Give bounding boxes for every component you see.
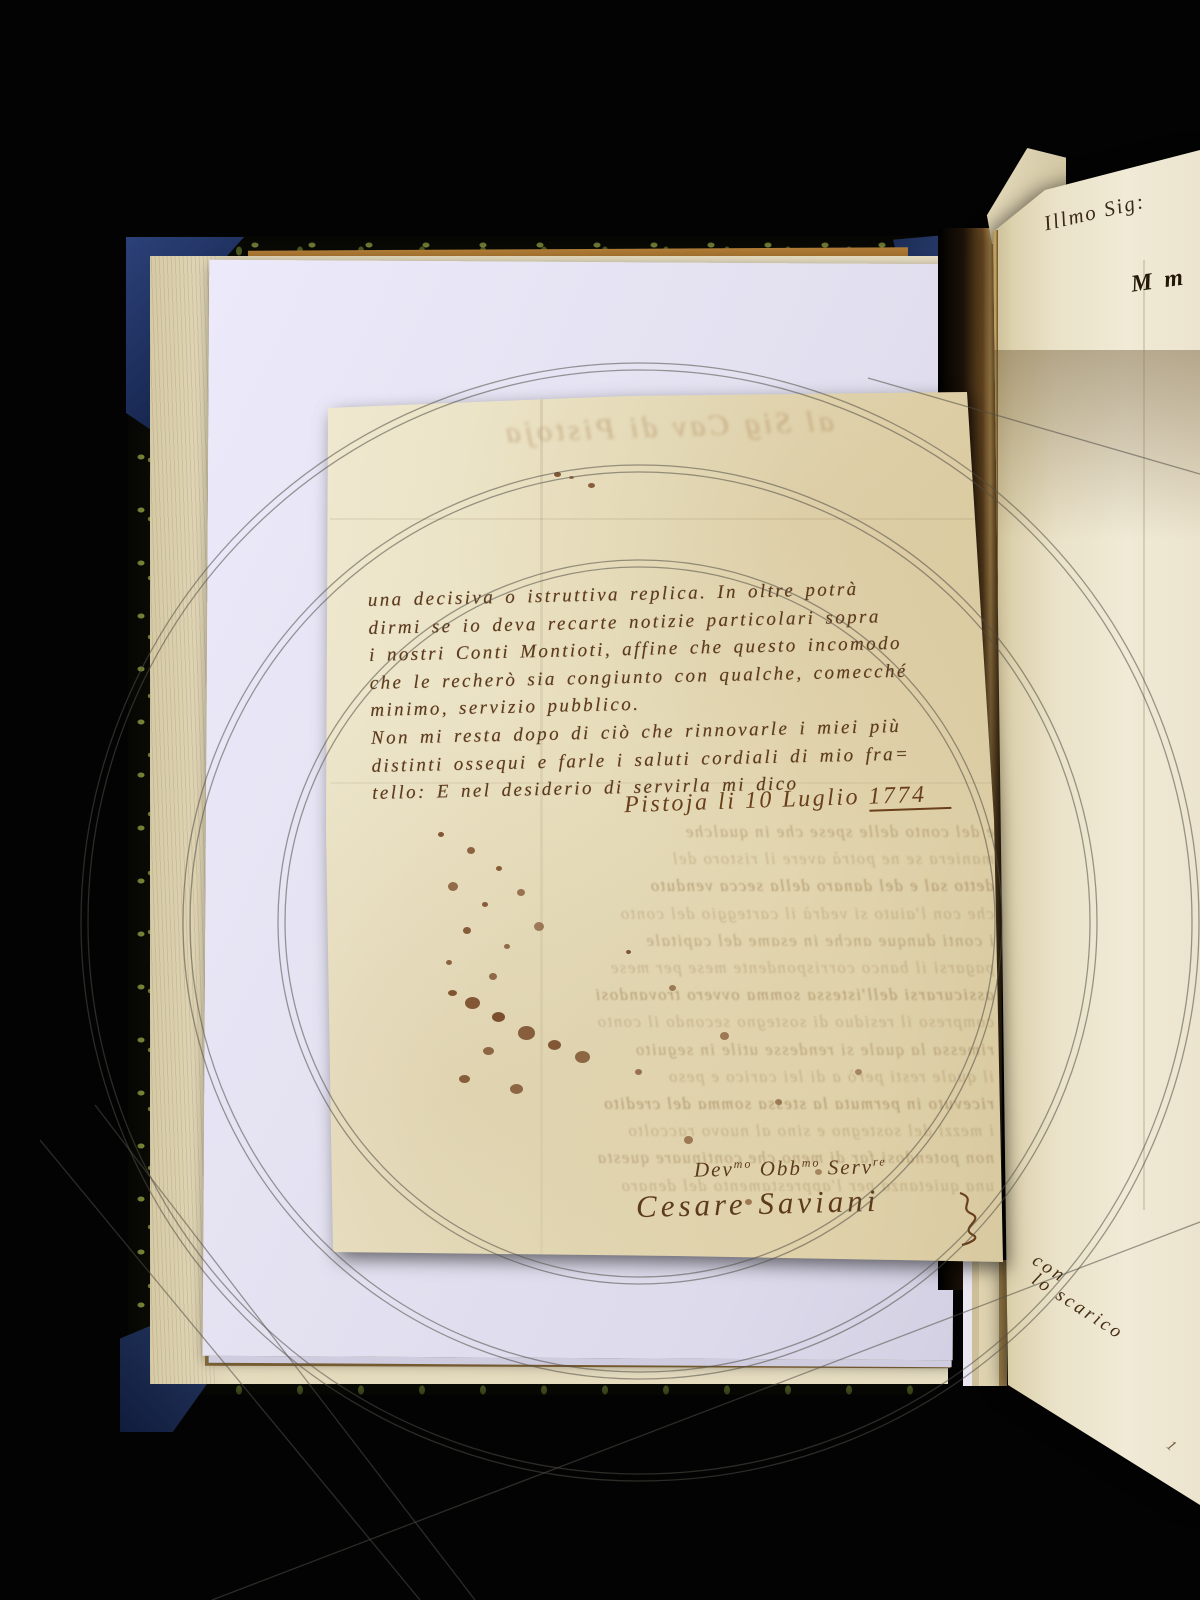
bleed-line: assicurarsi dell'istessa somma ovvero tr…: [342, 981, 994, 1008]
ink-corrosion-spots: [438, 832, 444, 837]
letter-horizontal-crease: [330, 518, 996, 520]
bleed-line: che con l'aiuto si vedrà il carteggio de…: [342, 900, 994, 927]
bleed-line: non potendosi far di meno che continuare…: [342, 1144, 994, 1171]
signature-flourish: [954, 1190, 986, 1248]
bleed-line: rimessa la quale si rendesse utile in se…: [342, 1036, 994, 1063]
bleed-line: ricevuto in permuta la stessa somma del …: [342, 1090, 994, 1117]
right-page-heading: Illmo Sig:: [1042, 189, 1148, 237]
bleed-line: il quale resti però a di lei carico e pe…: [342, 1063, 994, 1090]
bleed-line: compreso il residuo di sostegno secondo …: [342, 1008, 994, 1035]
dateline-year: 1774: [868, 781, 951, 812]
bleed-line: maniera se ne potrà avere il ristoro del: [342, 845, 994, 872]
manuscript-letter: al Sig Cav di Pistoja una decisiva o ist…: [326, 390, 1006, 1266]
bleed-line: detto sal e del danaro della secca vendu…: [342, 872, 994, 899]
letter-paper: al Sig Cav di Pistoja una decisiva o ist…: [326, 390, 1006, 1266]
letter-body-text: una decisiva o istruttiva replica. In ol…: [368, 573, 985, 808]
right-page-edge-line: [1143, 260, 1145, 1210]
bleed-line: pagarsi il banco corrispondente mese per…: [342, 954, 994, 981]
right-page-stack: Illmo Sig: M m con lo scarico 1: [985, 140, 1200, 1520]
signature-valediction: Devmo Obbmo Servre: [694, 1154, 887, 1182]
right-page-bottom-fragment-2: lo scarico: [1028, 1269, 1128, 1345]
archival-photo: Illmo Sig: M m con lo scarico 1 al Sig C…: [0, 0, 1200, 1600]
right-page-face: Illmo Sig: M m con lo scarico 1: [985, 140, 1200, 1520]
bleed-line: i mezzi del sostegno e sino al nuovo rac…: [342, 1117, 994, 1144]
ink-spots-top: [554, 472, 561, 477]
page-curl-shadow: [993, 350, 1200, 540]
right-page-corner-mark: 1: [1162, 1438, 1179, 1456]
signature-name: Cesare Saviani: [636, 1183, 880, 1225]
bleed-line: i conti dunque anche in esame del capita…: [342, 927, 994, 954]
ink-corrosion-streak: [448, 990, 457, 996]
right-page-partial-word: M m: [1129, 264, 1187, 298]
ink-corrosion-scatter: [626, 950, 631, 954]
bleed-through-text: e del conto delle spese che in qualche m…: [342, 818, 994, 1199]
right-page-under-sliver: [1005, 1380, 1200, 1540]
bleed-through-header: al Sig Cav di Pistoja: [414, 405, 835, 454]
